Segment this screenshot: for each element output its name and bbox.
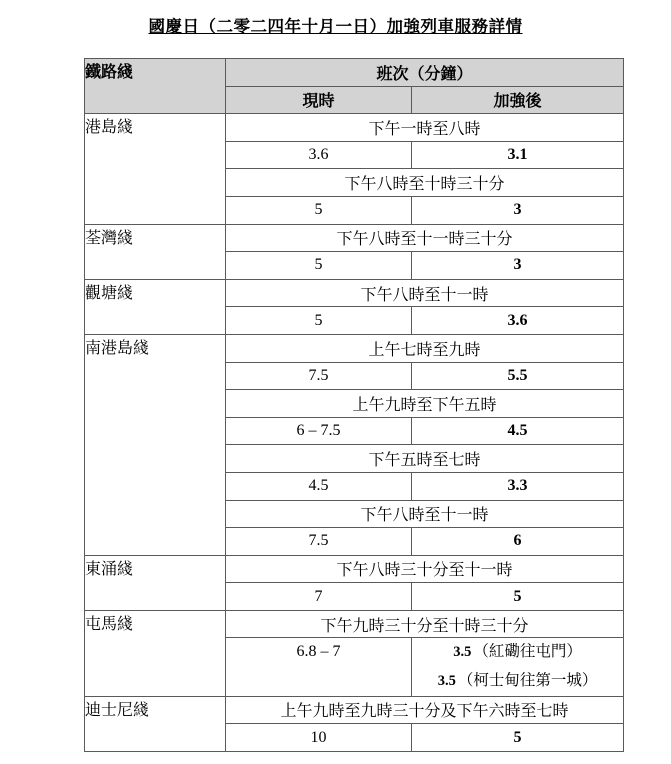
- time-period-cell: 下午九時三十分至十時三十分: [226, 610, 624, 638]
- line-name-cell: 荃灣綫: [85, 224, 226, 279]
- line-name-cell: 觀塘綫: [85, 279, 226, 334]
- enhanced-headway-value: 3.5: [453, 644, 471, 660]
- time-period-cell: 上午九時至九時三十分及下午六時至七時: [226, 696, 624, 724]
- current-headway-cell: 10: [226, 724, 412, 752]
- enhanced-headway-cell: 5: [412, 724, 624, 752]
- enhanced-headway-cell: 3.5（紅磡往屯門） 3.5（柯士甸往第一城）: [412, 638, 624, 696]
- table-row: 荃灣綫 下午八時至十一時三十分: [85, 224, 624, 252]
- current-headway-cell: 5: [226, 307, 412, 335]
- line-name-cell: 東涌綫: [85, 555, 226, 610]
- enhanced-headway-note: （紅磡往屯門）: [473, 643, 582, 660]
- time-period-cell: 下午八時至十一時: [226, 500, 624, 528]
- current-headway-value: 6.8 – 7: [226, 638, 411, 666]
- current-header: 現時: [226, 86, 412, 114]
- header-row-1: 鐵路綫 班次（分鐘）: [85, 59, 624, 87]
- line-name-cell: 南港島綫: [85, 334, 226, 555]
- table-row: 屯馬綫 下午九時三十分至十時三十分: [85, 610, 624, 638]
- train-service-table: 鐵路綫 班次（分鐘） 現時 加強後 港島綫 下午一時至八時 3.6 3.1 下午…: [84, 58, 624, 752]
- line-name-cell: 屯馬綫: [85, 610, 226, 696]
- table-row: 迪士尼綫 上午九時至九時三十分及下午六時至七時: [85, 696, 624, 724]
- time-period-cell: 下午八時三十分至十一時: [226, 555, 624, 583]
- enhanced-headway-cell: 3: [412, 252, 624, 280]
- current-headway-cell: 5: [226, 196, 412, 224]
- page-title: 國慶日（二零二四年十月一日）加強列車服務詳情: [0, 0, 671, 37]
- current-headway-cell: 5: [226, 252, 412, 280]
- headway-group-header: 班次（分鐘）: [226, 59, 624, 87]
- enhanced-headway-cell: 5: [412, 583, 624, 611]
- enhanced-headway-cell: 3.6: [412, 307, 624, 335]
- current-headway-cell: 3.6: [226, 141, 412, 169]
- enhanced-headway-note: （柯士甸往第一城）: [458, 672, 598, 689]
- enhanced-headway-cell: 5.5: [412, 362, 624, 390]
- enhanced-headway-line: 3.5（紅磡往屯門）: [412, 638, 623, 667]
- enhanced-headway-cell: 3: [412, 196, 624, 224]
- enhanced-headway-cell: 6: [412, 528, 624, 556]
- table-row: 港島綫 下午一時至八時: [85, 114, 624, 142]
- time-period-cell: 上午七時至九時: [226, 334, 624, 362]
- time-period-cell: 下午八時至十一時三十分: [226, 224, 624, 252]
- current-headway-cell: 7: [226, 583, 412, 611]
- table-row: 東涌綫 下午八時三十分至十一時: [85, 555, 624, 583]
- current-headway-cell: 7.5: [226, 528, 412, 556]
- line-name-cell: 港島綫: [85, 114, 226, 224]
- enhanced-headway-value: 3.5: [438, 673, 456, 689]
- time-period-cell: 下午八時至十時三十分: [226, 169, 624, 197]
- line-name-cell: 迪士尼綫: [85, 696, 226, 751]
- time-period-cell: 下午五時至七時: [226, 445, 624, 473]
- enhanced-header: 加強後: [412, 86, 624, 114]
- time-period-cell: 下午八時至十一時: [226, 279, 624, 307]
- current-headway-cell: 6 – 7.5: [226, 417, 412, 445]
- table-row: 南港島綫 上午七時至九時: [85, 334, 624, 362]
- time-period-cell: 下午一時至八時: [226, 114, 624, 142]
- railway-line-header: 鐵路綫: [85, 59, 226, 114]
- current-headway-cell: 6.8 – 7: [226, 638, 412, 696]
- enhanced-headway-cell: 4.5: [412, 417, 624, 445]
- enhanced-headway-cell: 3.1: [412, 141, 624, 169]
- enhanced-headway-cell: 3.3: [412, 472, 624, 500]
- table-row: 觀塘綫 下午八時至十一時: [85, 279, 624, 307]
- enhanced-headway-line: 3.5（柯士甸往第一城）: [412, 667, 623, 696]
- current-headway-cell: 4.5: [226, 472, 412, 500]
- document-page: 國慶日（二零二四年十月一日）加強列車服務詳情 鐵路綫 班次（分鐘） 現時 加強後…: [0, 0, 671, 764]
- time-period-cell: 上午九時至下午五時: [226, 390, 624, 418]
- current-headway-cell: 7.5: [226, 362, 412, 390]
